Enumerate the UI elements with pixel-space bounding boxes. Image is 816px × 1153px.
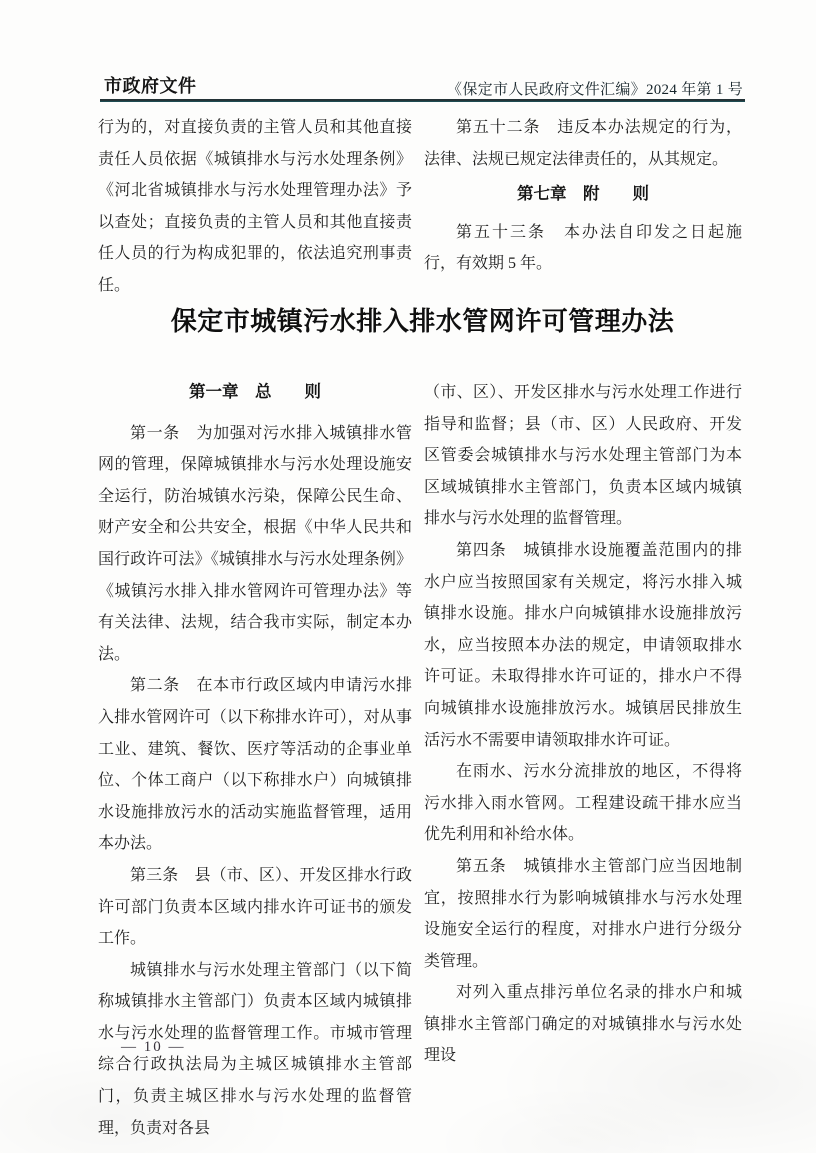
page-number: — 10 — [121, 1039, 186, 1056]
paragraph-article-3-continuation: （市、区）、开发区排水与污水处理工作进行指导和监督；县（市、区）人民政府、开发区… [424, 377, 742, 535]
header-compilation-title: 《保定市人民政府文件汇编》2024 年第 1 号 [447, 78, 743, 99]
paragraph-penalty-continuation: 行为的，对直接负责的主管人员和其他直接责任人员依据《城镇排水与污水处理条例》《河… [98, 112, 412, 302]
paragraph-article-2: 第二条 在本市行政区域内申请污水排入排水管网许可（以下称排水许可），对从事工业、… [98, 670, 412, 860]
paragraph-article-52: 第五十二条 违反本办法规定的行为，法律、法规已规定法律责任的，从其规定。 [424, 112, 742, 175]
document-page: 市政府文件 《保定市人民政府文件汇编》2024 年第 1 号 行为的，对直接负责… [0, 0, 816, 1153]
chapter-1-heading: 第一章 总 则 [98, 377, 412, 409]
top-right-column: 第五十二条 违反本办法规定的行为，法律、法规已规定法律责任的，从其规定。 第七章… [424, 112, 742, 280]
chapter-7-heading: 第七章 附 则 [424, 179, 742, 211]
header-doc-type: 市政府文件 [104, 72, 197, 98]
header-divider [100, 99, 745, 102]
paragraph-article-1: 第一条 为加强对污水排入城镇排水管网的管理，保障城镇排水与污水处理设施安全运行，… [98, 418, 412, 671]
paragraph-article-4-part-2: 在雨水、污水分流排放的地区，不得将污水排入雨水管网。工程建设疏干排水应当优先利用… [424, 756, 742, 851]
paragraph-article-53: 第五十三条 本办法自印发之日起施行，有效期 5 年。 [424, 217, 742, 280]
main-left-column: 第一章 总 则 第一条 为加强对污水排入城镇排水管网的管理，保障城镇排水与污水处… [98, 377, 412, 1144]
main-right-column: （市、区）、开发区排水与污水处理工作进行指导和监督；县（市、区）人民政府、开发区… [424, 377, 742, 1072]
document-title: 保定市城镇污水排入排水管网许可管理办法 [100, 301, 745, 338]
paragraph-article-3: 第三条 县（市、区）、开发区排水行政许可部门负责本区域内排水许可证书的颁发工作。 [98, 860, 412, 955]
paragraph-article-4: 第四条 城镇排水设施覆盖范围内的排水户应当按照国家有关规定，将污水排入城镇排水设… [424, 535, 742, 756]
top-left-column: 行为的，对直接负责的主管人员和其他直接责任人员依据《城镇排水与污水处理条例》《河… [98, 112, 412, 302]
paragraph-article-5-part-2: 对列入重点排污单位名录的排水户和城镇排水主管部门确定的对城镇排水与污水处理设 [424, 977, 742, 1072]
paragraph-article-5: 第五条 城镇排水主管部门应当因地制宜，按照排水行为影响城镇排水与污水处理设施安全… [424, 851, 742, 977]
